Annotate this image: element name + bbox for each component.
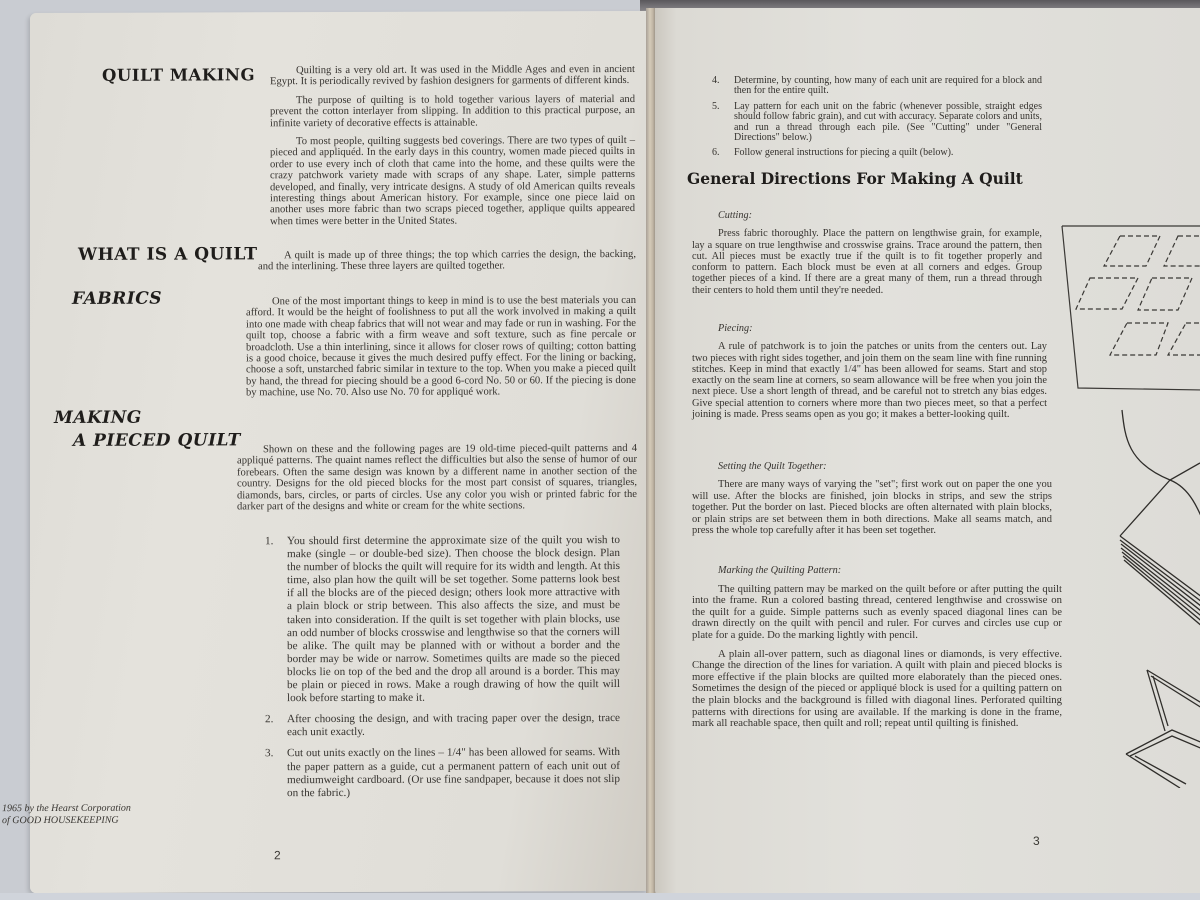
- page-number-left: 2: [274, 848, 281, 862]
- steps-list-1-3: 1.You should first determine the approxi…: [265, 534, 620, 808]
- step-number: 1.: [265, 535, 273, 548]
- step-number: 5.: [712, 102, 720, 112]
- step-text: Cut out units exactly on the lines – 1/4…: [287, 746, 620, 798]
- subsection-title: Cutting:: [692, 210, 1042, 221]
- paragraph: A quilt is made up of three things; the …: [258, 249, 636, 273]
- step-item: 5.Lay pattern for each unit on the fabri…: [712, 102, 1042, 144]
- heading-quilt-making: QUILT MAKING: [102, 64, 255, 86]
- step-item: 1.You should first determine the approxi…: [265, 534, 620, 705]
- subsection-cutting: Cutting: Press fabric thoroughly. Place …: [692, 210, 1042, 296]
- step-number: 6.: [712, 148, 720, 158]
- background-surface-bottom: [0, 893, 1200, 900]
- diamond-pattern-pieces-diagram: [1060, 218, 1200, 398]
- paragraph: Press fabric thoroughly. Place the patte…: [692, 228, 1042, 296]
- step-item: 3.Cut out units exactly on the lines – 1…: [265, 746, 620, 800]
- paragraph: The purpose of quilting is to hold toget…: [270, 94, 635, 129]
- subsection-title: Piecing:: [692, 323, 1047, 334]
- step-text: Follow general instructions for piecing …: [734, 147, 953, 158]
- paragraph: One of the most important things to keep…: [246, 295, 636, 399]
- left-page: QUILT MAKING Quilting is a very old art.…: [30, 11, 648, 893]
- paragraph: A plain all-over pattern, such as diagon…: [692, 649, 1062, 730]
- step-text: Determine, by counting, how many of each…: [734, 75, 1042, 96]
- copyright-line: of GOOD HOUSEKEEPING: [2, 815, 131, 827]
- step-item: 4.Determine, by counting, how many of ea…: [712, 76, 1042, 97]
- stacked-fabric-layers-diagram: [1080, 408, 1200, 788]
- section-what-is-a-quilt-text: A quilt is made up of three things; the …: [258, 249, 636, 273]
- subsection-title: Marking the Quilting Pattern:: [692, 565, 1062, 577]
- subsection-piecing: Piecing: A rule of patchwork is to join …: [692, 323, 1047, 420]
- paragraph: A rule of patchwork is to join the patch…: [692, 341, 1047, 420]
- paragraph: The quilting pattern may be marked on th…: [692, 584, 1062, 642]
- heading-general-directions: General Directions For Making A Quilt: [687, 168, 1023, 189]
- section-quilt-making-text: Quilting is a very old art. It was used …: [270, 64, 635, 228]
- heading-a-pieced-quilt: A PIECED QUILT: [73, 430, 241, 452]
- step-item: 2.After choosing the design, and with tr…: [265, 712, 620, 739]
- section-making-pieced-quilt-text: Shown on these and the following pages a…: [237, 443, 637, 513]
- right-page: 4.Determine, by counting, how many of ea…: [655, 8, 1200, 898]
- paragraph: There are many ways of varying the "set"…: [692, 479, 1052, 536]
- copyright-line: 1965 by the Hearst Corporation: [2, 803, 131, 815]
- steps-list-4-6: 4.Determine, by counting, how many of ea…: [712, 76, 1042, 167]
- step-number: 4.: [712, 76, 720, 86]
- section-fabrics-text: One of the most important things to keep…: [246, 295, 636, 399]
- heading-making: MAKING: [54, 408, 142, 429]
- paragraph: Shown on these and the following pages a…: [237, 443, 637, 513]
- paragraph: Quilting is a very old art. It was used …: [270, 64, 635, 88]
- paragraph: To most people, quilting suggests bed co…: [270, 135, 635, 228]
- heading-what-is-a-quilt: WHAT IS A QUILT: [78, 244, 258, 266]
- heading-fabrics: FABRICS: [72, 289, 162, 310]
- step-text: Lay pattern for each unit on the fabric …: [734, 101, 1042, 143]
- subsection-title: Setting the Quilt Together:: [692, 461, 1052, 472]
- step-item: 6.Follow general instructions for piecin…: [712, 148, 1042, 158]
- subsection-setting-quilt: Setting the Quilt Together: There are ma…: [692, 461, 1052, 536]
- copyright-notice: 1965 by the Hearst Corporation of GOOD H…: [2, 803, 131, 827]
- page-number-right: 3: [1033, 834, 1040, 848]
- step-text: You should first determine the approxima…: [287, 534, 620, 704]
- step-number: 2.: [265, 713, 273, 726]
- step-number: 3.: [265, 748, 273, 761]
- step-text: After choosing the design, and with trac…: [287, 712, 620, 738]
- subsection-marking-pattern: Marking the Quilting Pattern: The quilti…: [692, 565, 1062, 730]
